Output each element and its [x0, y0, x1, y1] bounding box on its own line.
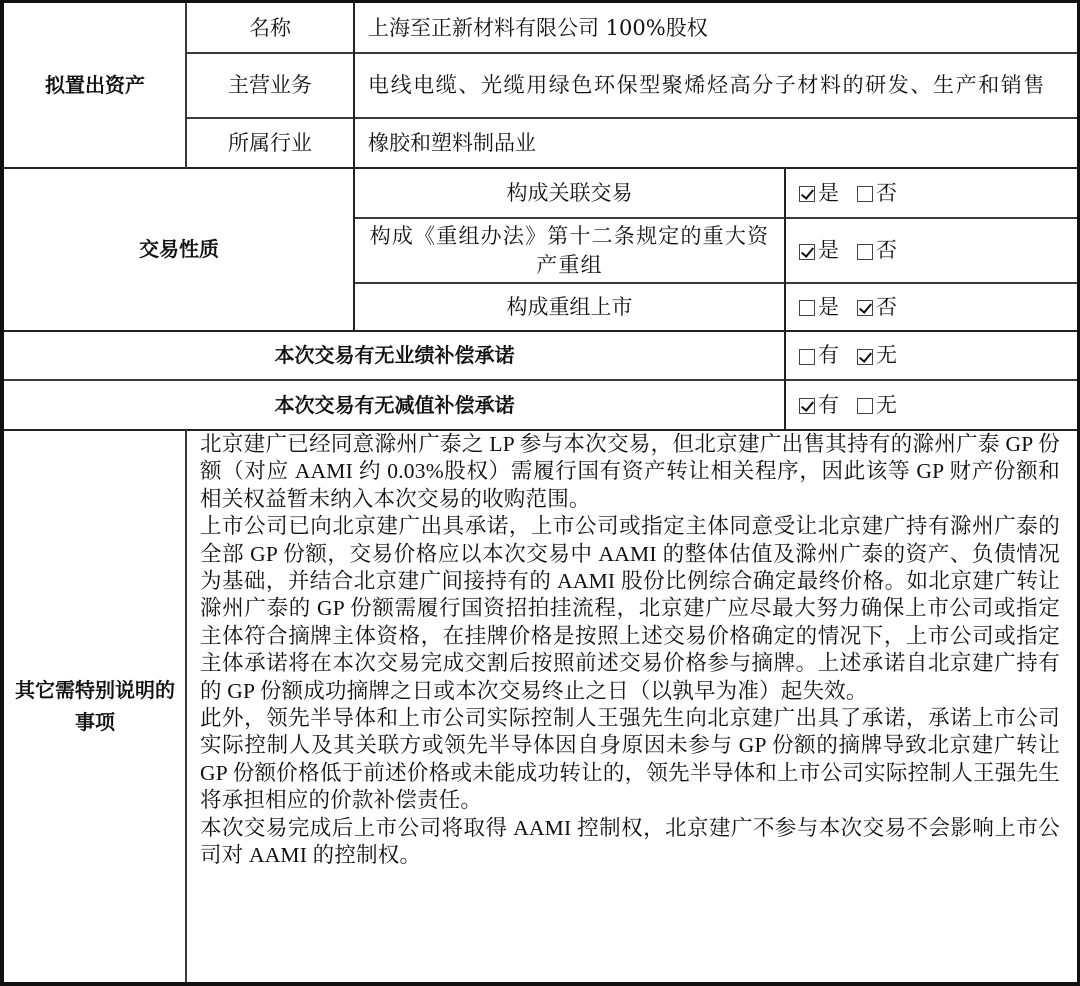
commitment-label-performance: 本次交易有无业绩补偿承诺 [4, 331, 785, 380]
option-none[interactable]: 无 [857, 341, 897, 370]
divider [354, 217, 1077, 219]
row-label-main-business: 主营业务 [186, 53, 354, 118]
paragraph: 本次交易完成后上市公司将取得 AAMI 控制权，北京建广不参与本次交易不会影响上… [200, 815, 1060, 870]
option-label: 有 [818, 391, 839, 420]
nature-label-restructuring-listing: 构成重组上市 [354, 283, 785, 331]
checkbox-checked-icon[interactable] [857, 300, 873, 316]
option-none[interactable]: 无 [857, 391, 897, 420]
option-label: 是 [818, 293, 839, 322]
row-label-name: 名称 [186, 3, 354, 53]
nature-options-major-restructuring: 是 否 [785, 218, 1077, 283]
option-yes[interactable]: 是 [799, 179, 839, 208]
disclosure-table: 拟置出资产 名称 上海至正新材料有限公司 100%股权 主营业务 电线电缆、光缆… [0, 0, 1080, 986]
checkbox-empty-icon[interactable] [857, 186, 873, 202]
paragraph: 此外，领先半导体和上市公司实际控制人王强先生向北京建广出具了承诺，承诺上市公司实… [200, 705, 1060, 815]
option-label: 是 [818, 236, 839, 265]
divider [4, 429, 1077, 431]
divider [185, 430, 187, 982]
commitment-label-text: 本次交易有无业绩补偿承诺 [275, 341, 515, 370]
section-label-other-matters: 其它需特别说明的事项 [14, 430, 176, 982]
checkbox-empty-icon[interactable] [799, 300, 815, 316]
checkbox-empty-icon[interactable] [799, 349, 815, 365]
option-has[interactable]: 有 [799, 391, 839, 420]
divider [4, 379, 1077, 381]
section-label-disposal-assets: 拟置出资产 [4, 3, 186, 168]
commitment-label-impairment: 本次交易有无减值补偿承诺 [4, 380, 785, 430]
paragraph: 北京建广已经同意滁州广泰之 LP 参与本次交易，但北京建广出售其持有的滁州广泰 … [200, 431, 1060, 513]
checkbox-checked-icon[interactable] [857, 349, 873, 365]
checkbox-checked-icon[interactable] [799, 244, 815, 260]
option-label: 无 [876, 391, 897, 420]
option-yes[interactable]: 是 [799, 236, 839, 265]
divider [186, 117, 1077, 119]
nature-label-related-party: 构成关联交易 [354, 168, 785, 218]
option-label: 无 [876, 341, 897, 370]
section-label-text: 交易性质 [139, 235, 219, 264]
option-has[interactable]: 有 [799, 341, 839, 370]
row-value-industry: 橡胶和塑料制品业 [354, 118, 1077, 168]
option-no[interactable]: 否 [857, 236, 897, 265]
option-yes[interactable]: 是 [799, 293, 839, 322]
divider [4, 330, 1077, 332]
commitment-options-performance: 有 无 [785, 331, 1077, 380]
divider [353, 3, 355, 331]
option-no[interactable]: 否 [857, 179, 897, 208]
row-value-text: 上海至正新材料有限公司 100%股权 [368, 14, 708, 43]
border [0, 0, 4, 986]
option-label: 是 [818, 179, 839, 208]
checkbox-checked-icon[interactable] [799, 186, 815, 202]
row-label-text: 名称 [249, 14, 291, 43]
divider [784, 168, 786, 430]
row-label-text: 主营业务 [228, 71, 312, 100]
row-value-text: 电线电缆、光缆用绿色环保型聚烯烃高分子材料的研发、生产和销售 [368, 71, 1046, 100]
nature-label-text: 构成重组上市 [507, 293, 633, 322]
option-label: 否 [876, 293, 897, 322]
divider [4, 167, 1077, 169]
commitment-options-impairment: 有 无 [785, 380, 1077, 430]
nature-options-restructuring-listing: 是 否 [785, 283, 1077, 331]
row-label-industry: 所属行业 [186, 118, 354, 168]
divider [354, 282, 1077, 284]
checkbox-empty-icon[interactable] [857, 398, 873, 414]
option-label: 否 [876, 236, 897, 265]
other-matters-text: 北京建广已经同意滁州广泰之 LP 参与本次交易，但北京建广出售其持有的滁州广泰 … [188, 431, 1072, 870]
nature-label-text: 构成关联交易 [507, 179, 633, 208]
nature-options-related-party: 是 否 [785, 168, 1077, 218]
commitment-label-text: 本次交易有无减值补偿承诺 [275, 391, 515, 420]
option-no[interactable]: 否 [857, 293, 897, 322]
option-label: 有 [818, 341, 839, 370]
divider [185, 3, 187, 168]
row-label-text: 所属行业 [228, 129, 312, 158]
border [0, 982, 1080, 986]
section-label-text: 其它需特别说明的事项 [14, 674, 176, 738]
divider [186, 52, 1077, 54]
checkbox-empty-icon[interactable] [857, 244, 873, 260]
nature-label-text: 构成《重组办法》第十二条规定的重大资产重组 [366, 222, 773, 280]
checkbox-checked-icon[interactable] [799, 398, 815, 414]
section-label-transaction-nature: 交易性质 [4, 168, 354, 331]
paragraph: 上市公司已向北京建广出具承诺，上市公司或指定主体同意受让北京建广持有滁州广泰的全… [200, 513, 1060, 705]
option-label: 否 [876, 179, 897, 208]
section-label-text: 拟置出资产 [45, 71, 145, 100]
border [0, 0, 1080, 3]
row-value-name: 上海至正新材料有限公司 100%股权 [354, 3, 1077, 53]
nature-label-major-restructuring: 构成《重组办法》第十二条规定的重大资产重组 [354, 218, 785, 283]
row-value-main-business: 电线电缆、光缆用绿色环保型聚烯烃高分子材料的研发、生产和销售 [354, 53, 1077, 118]
row-value-text: 橡胶和塑料制品业 [368, 129, 536, 158]
